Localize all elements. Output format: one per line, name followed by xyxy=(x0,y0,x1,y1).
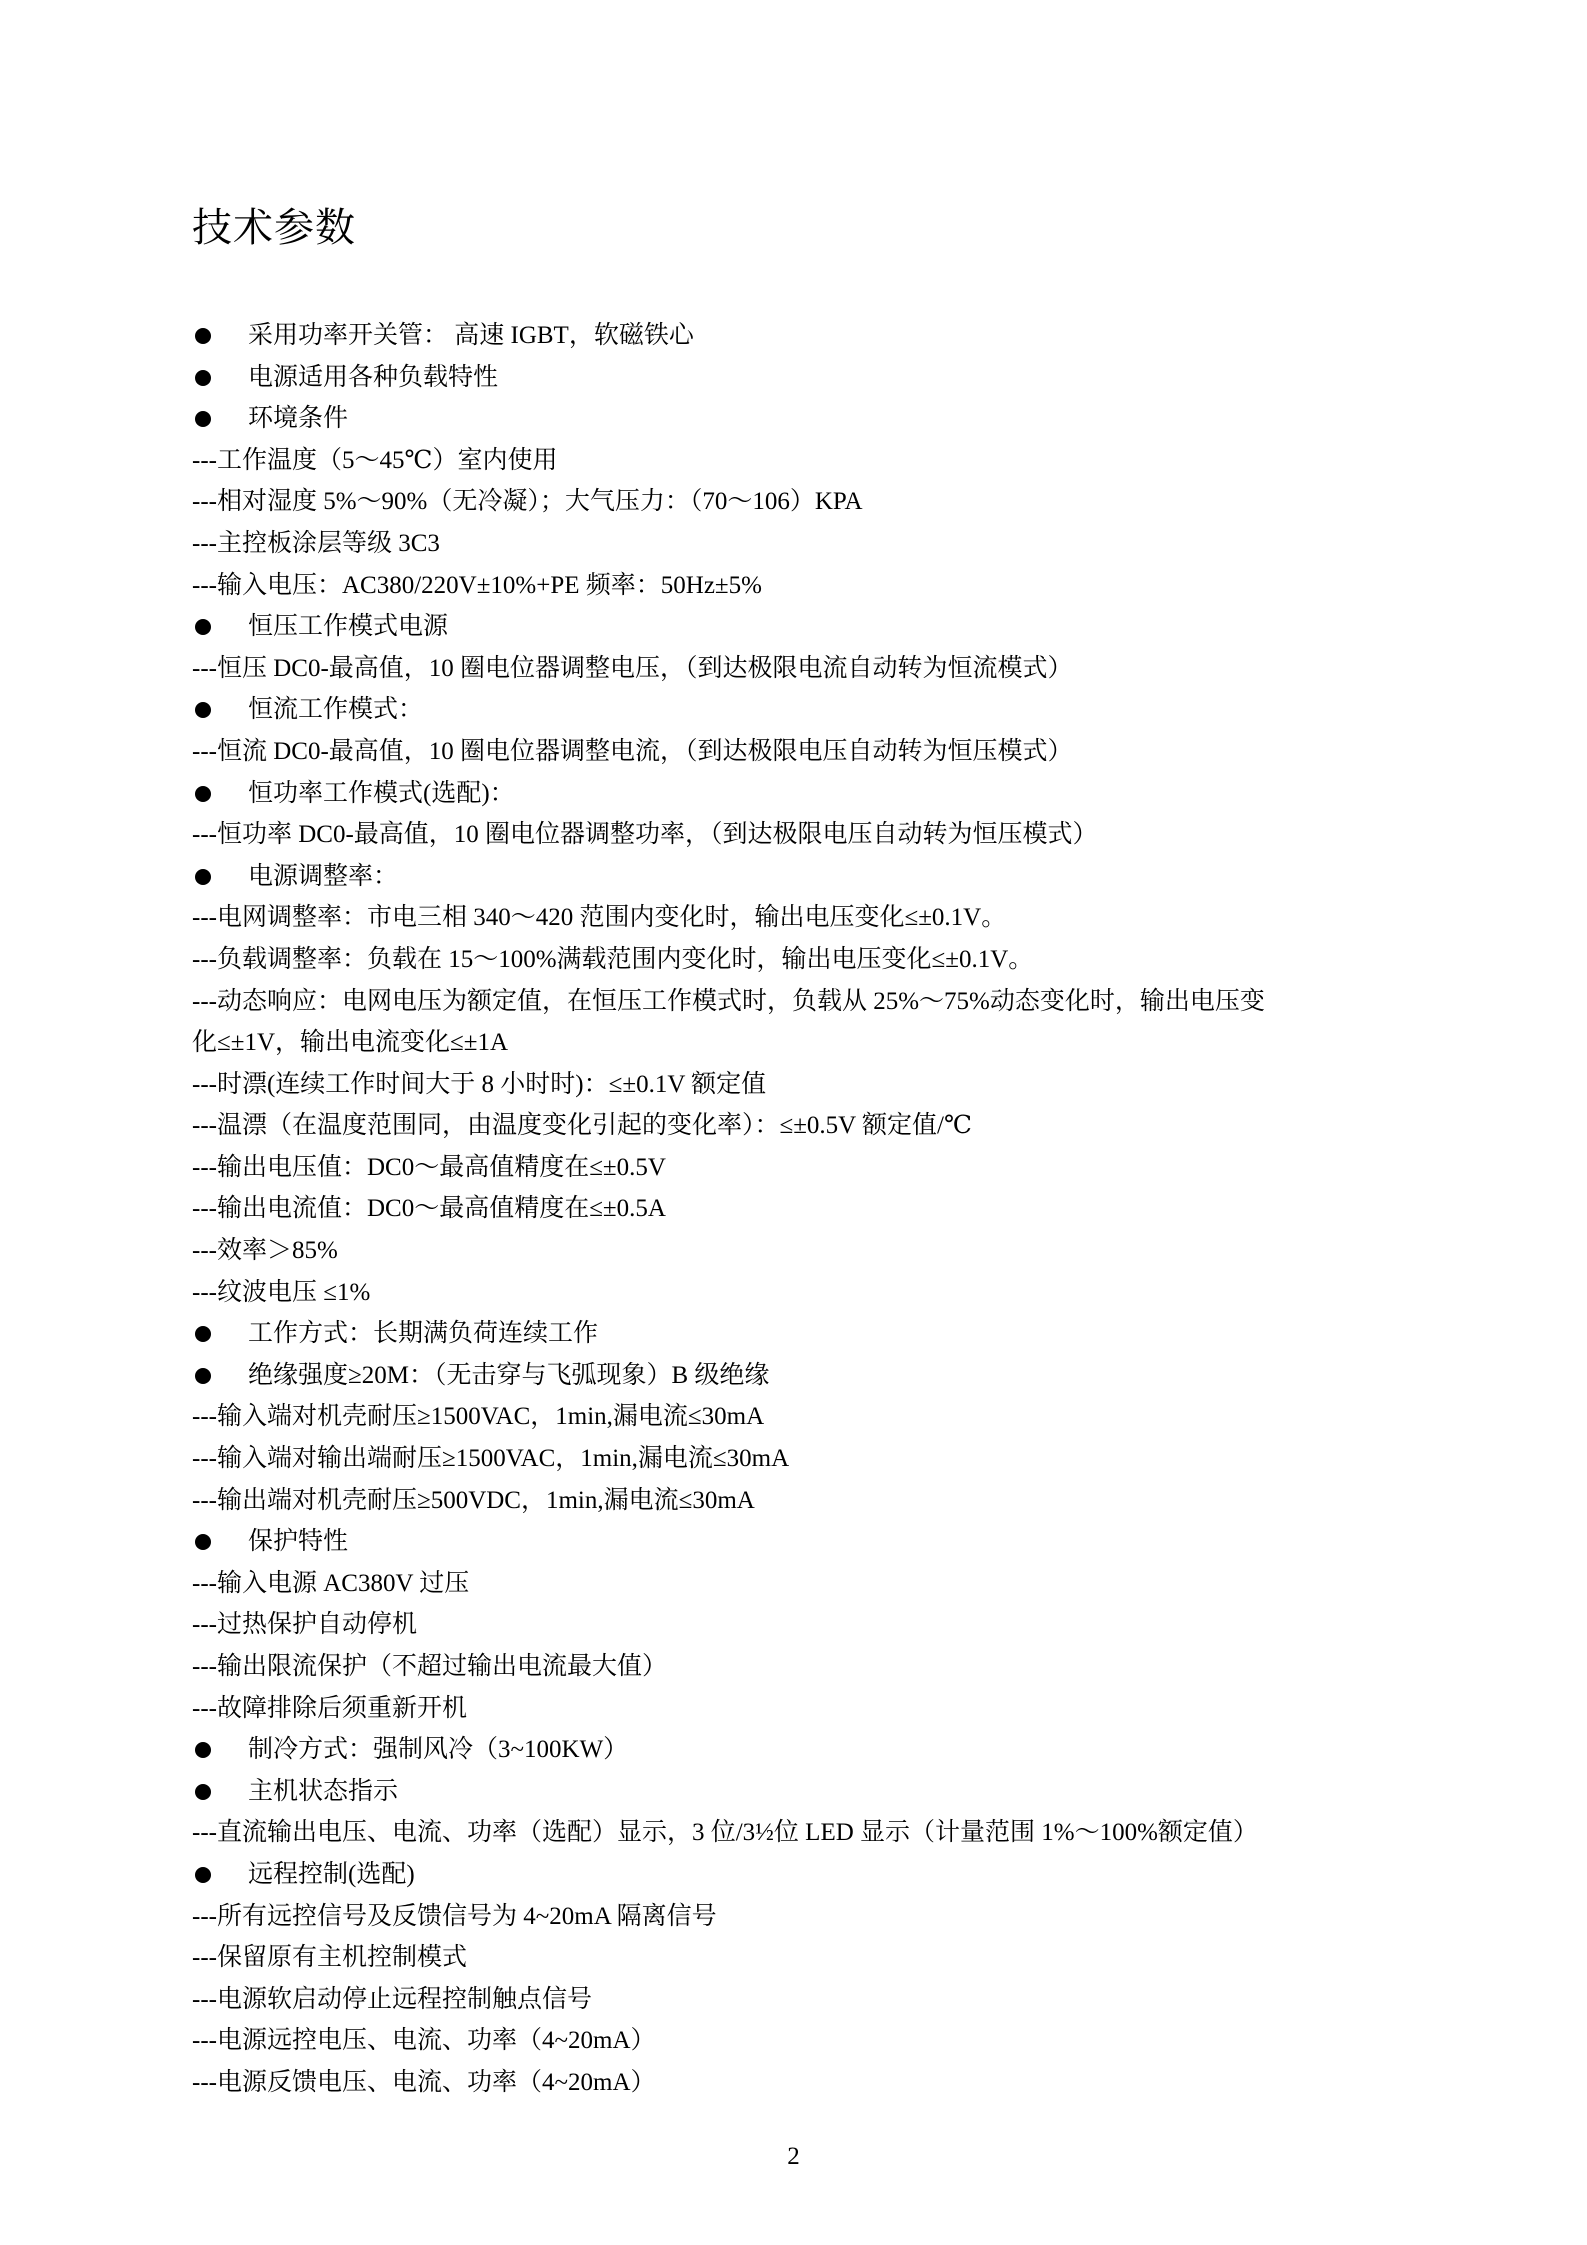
line-text: ---电源软启动停止远程控制触点信号 xyxy=(192,1986,592,2013)
line-text: ---相对湿度 5%～90%（无冷凝）；大气压力：（70～106）KPA xyxy=(192,488,863,515)
bullet-dot-icon xyxy=(195,328,211,344)
line-text: ---动态响应：电网电压为额定值，在恒压工作模式时，负载从 25%～75%动态变… xyxy=(192,988,1265,1015)
list-item: ---相对湿度 5%～90%（无冷凝）；大气压力：（70～106）KPA xyxy=(192,481,1412,523)
line-text: ---恒压 DC0-最高值，10 圈电位器调整电压，（到达极限电流自动转为恒流模… xyxy=(192,655,1073,682)
bullet-item: 主机状态指示 xyxy=(192,1771,1412,1813)
line-text: ---时漂(连续工作时间大于 8 小时时)：≤±0.1V 额定值 xyxy=(192,1071,766,1098)
list-item: ---恒压 DC0-最高值，10 圈电位器调整电压，（到达极限电流自动转为恒流模… xyxy=(192,648,1412,690)
bullet-item: 保护特性 xyxy=(192,1521,1412,1563)
bullet-dot-icon xyxy=(195,1784,211,1800)
bullet-item: 电源适用各种负载特性 xyxy=(192,357,1412,399)
line-text: 恒功率工作模式(选配)： xyxy=(248,780,515,807)
line-text: ---负载调整率：负载在 15～100%满载范围内变化时，输出电压变化≤±0.1… xyxy=(192,946,1033,973)
page-number: 2 xyxy=(0,2143,1587,2171)
list-item-continuation: 化≤±1V，输出电流变化≤±1A xyxy=(192,1022,1412,1064)
spec-list: 采用功率开关管： 高速 IGBT，软磁铁心电源适用各种负载特性环境条件---工作… xyxy=(192,315,1412,2104)
bullet-dot-icon xyxy=(195,370,211,386)
list-item: ---输出电压值：DC0～最高值精度在≤±0.5V xyxy=(192,1147,1412,1189)
line-text: 电源调整率： xyxy=(248,863,398,890)
line-text: ---电源反馈电压、电流、功率（4~20mA） xyxy=(192,2069,656,2096)
page-title: 技术参数 xyxy=(192,200,356,256)
list-item: ---纹波电压 ≤1% xyxy=(192,1272,1412,1314)
bullet-dot-icon xyxy=(195,411,211,427)
list-item: ---保留原有主机控制模式 xyxy=(192,1937,1412,1979)
line-text: ---温漂（在温度范围同，由温度变化引起的变化率）：≤±0.5V 额定值/℃ xyxy=(192,1112,972,1139)
line-text: 电源适用各种负载特性 xyxy=(248,364,498,391)
line-text: 化≤±1V，输出电流变化≤±1A xyxy=(192,1029,508,1056)
list-item: ---时漂(连续工作时间大于 8 小时时)：≤±0.1V 额定值 xyxy=(192,1064,1412,1106)
list-item: ---输入电源 AC380V 过压 xyxy=(192,1563,1412,1605)
bullet-dot-icon xyxy=(195,786,211,802)
bullet-item: 工作方式：长期满负荷连续工作 xyxy=(192,1313,1412,1355)
line-text: 制冷方式：强制风冷（3~100KW） xyxy=(248,1736,628,1763)
line-text: ---输出电流值：DC0～最高值精度在≤±0.5A xyxy=(192,1195,666,1222)
line-text: ---效率＞85% xyxy=(192,1237,338,1264)
line-text: ---恒流 DC0-最高值，10 圈电位器调整电流，（到达极限电压自动转为恒压模… xyxy=(192,738,1073,765)
list-item: ---输入端对机壳耐压≥1500VAC，1min,漏电流≤30mA xyxy=(192,1396,1412,1438)
line-text: ---电源远控电压、电流、功率（4~20mA） xyxy=(192,2027,656,2054)
line-text: ---输入电压：AC380/220V±10%+PE 频率：50Hz±5% xyxy=(192,572,762,599)
list-item: ---所有远控信号及反馈信号为 4~20mA 隔离信号 xyxy=(192,1896,1412,1938)
bullet-dot-icon xyxy=(195,1867,211,1883)
list-item: ---直流输出电压、电流、功率（选配）显示，3 位/3½位 LED 显示（计量范… xyxy=(192,1812,1412,1854)
list-item: ---过热保护自动停机 xyxy=(192,1604,1412,1646)
line-text: 工作方式：长期满负荷连续工作 xyxy=(248,1320,598,1347)
bullet-item: 采用功率开关管： 高速 IGBT，软磁铁心 xyxy=(192,315,1412,357)
line-text: 环境条件 xyxy=(248,405,348,432)
line-text: 主机状态指示 xyxy=(248,1778,398,1805)
line-text: ---所有远控信号及反馈信号为 4~20mA 隔离信号 xyxy=(192,1903,717,1930)
line-text: ---故障排除后须重新开机 xyxy=(192,1695,467,1722)
line-text: 恒流工作模式： xyxy=(248,696,423,723)
line-text: ---输入电源 AC380V 过压 xyxy=(192,1570,469,1597)
bullet-dot-icon xyxy=(195,869,211,885)
list-item: ---电网调整率：市电三相 340～420 范围内变化时，输出电压变化≤±0.1… xyxy=(192,897,1412,939)
line-text: ---纹波电压 ≤1% xyxy=(192,1279,370,1306)
line-text: 恒压工作模式电源 xyxy=(248,613,448,640)
bullet-dot-icon xyxy=(195,702,211,718)
bullet-item: 恒功率工作模式(选配)： xyxy=(192,773,1412,815)
line-text: ---输出电压值：DC0～最高值精度在≤±0.5V xyxy=(192,1154,666,1181)
list-item: ---动态响应：电网电压为额定值，在恒压工作模式时，负载从 25%～75%动态变… xyxy=(192,981,1412,1023)
line-text: ---保留原有主机控制模式 xyxy=(192,1944,467,1971)
line-text: 采用功率开关管： 高速 IGBT，软磁铁心 xyxy=(248,322,694,349)
line-text: ---恒功率 DC0-最高值，10 圈电位器调整功率，（到达极限电压自动转为恒压… xyxy=(192,821,1098,848)
list-item: ---恒流 DC0-最高值，10 圈电位器调整电流，（到达极限电压自动转为恒压模… xyxy=(192,731,1412,773)
list-item: ---电源软启动停止远程控制触点信号 xyxy=(192,1979,1412,2021)
bullet-item: 电源调整率： xyxy=(192,856,1412,898)
list-item: ---工作温度（5～45℃）室内使用 xyxy=(192,440,1412,482)
bullet-dot-icon xyxy=(195,1368,211,1384)
list-item: ---输出电流值：DC0～最高值精度在≤±0.5A xyxy=(192,1188,1412,1230)
bullet-item: 绝缘强度≥20M：（无击穿与飞弧现象）B 级绝缘 xyxy=(192,1355,1412,1397)
line-text: 远程控制(选配) xyxy=(248,1861,415,1888)
line-text: ---输入端对机壳耐压≥1500VAC，1min,漏电流≤30mA xyxy=(192,1403,764,1430)
line-text: ---工作温度（5～45℃）室内使用 xyxy=(192,447,557,474)
bullet-item: 远程控制(选配) xyxy=(192,1854,1412,1896)
list-item: ---输出限流保护（不超过输出电流最大值） xyxy=(192,1646,1412,1688)
list-item: ---电源远控电压、电流、功率（4~20mA） xyxy=(192,2020,1412,2062)
list-item: ---输入端对输出端耐压≥1500VAC，1min,漏电流≤30mA xyxy=(192,1438,1412,1480)
line-text: ---输出限流保护（不超过输出电流最大值） xyxy=(192,1653,667,1680)
bullet-item: 恒压工作模式电源 xyxy=(192,606,1412,648)
list-item: ---效率＞85% xyxy=(192,1230,1412,1272)
bullet-item: 恒流工作模式： xyxy=(192,689,1412,731)
list-item: ---负载调整率：负载在 15～100%满载范围内变化时，输出电压变化≤±0.1… xyxy=(192,939,1412,981)
bullet-dot-icon xyxy=(195,1534,211,1550)
line-text: 保护特性 xyxy=(248,1528,348,1555)
list-item: ---温漂（在温度范围同，由温度变化引起的变化率）：≤±0.5V 额定值/℃ xyxy=(192,1105,1412,1147)
line-text: 绝缘强度≥20M：（无击穿与飞弧现象）B 级绝缘 xyxy=(248,1362,769,1389)
line-text: ---主控板涂层等级 3C3 xyxy=(192,530,440,557)
line-text: ---电网调整率：市电三相 340～420 范围内变化时，输出电压变化≤±0.1… xyxy=(192,904,1006,931)
bullet-dot-icon xyxy=(195,1742,211,1758)
list-item: ---输出端对机壳耐压≥500VDC，1min,漏电流≤30mA xyxy=(192,1480,1412,1522)
list-item: ---输入电压：AC380/220V±10%+PE 频率：50Hz±5% xyxy=(192,565,1412,607)
line-text: ---输出端对机壳耐压≥500VDC，1min,漏电流≤30mA xyxy=(192,1487,755,1514)
bullet-dot-icon xyxy=(195,1326,211,1342)
list-item: ---故障排除后须重新开机 xyxy=(192,1688,1412,1730)
bullet-item: 环境条件 xyxy=(192,398,1412,440)
line-text: ---输入端对输出端耐压≥1500VAC，1min,漏电流≤30mA xyxy=(192,1445,789,1472)
line-text: ---过热保护自动停机 xyxy=(192,1611,417,1638)
list-item: ---恒功率 DC0-最高值，10 圈电位器调整功率，（到达极限电压自动转为恒压… xyxy=(192,814,1412,856)
list-item: ---主控板涂层等级 3C3 xyxy=(192,523,1412,565)
line-text: ---直流输出电压、电流、功率（选配）显示，3 位/3½位 LED 显示（计量范… xyxy=(192,1819,1258,1846)
bullet-dot-icon xyxy=(195,619,211,635)
list-item: ---电源反馈电压、电流、功率（4~20mA） xyxy=(192,2062,1412,2104)
bullet-item: 制冷方式：强制风冷（3~100KW） xyxy=(192,1729,1412,1771)
